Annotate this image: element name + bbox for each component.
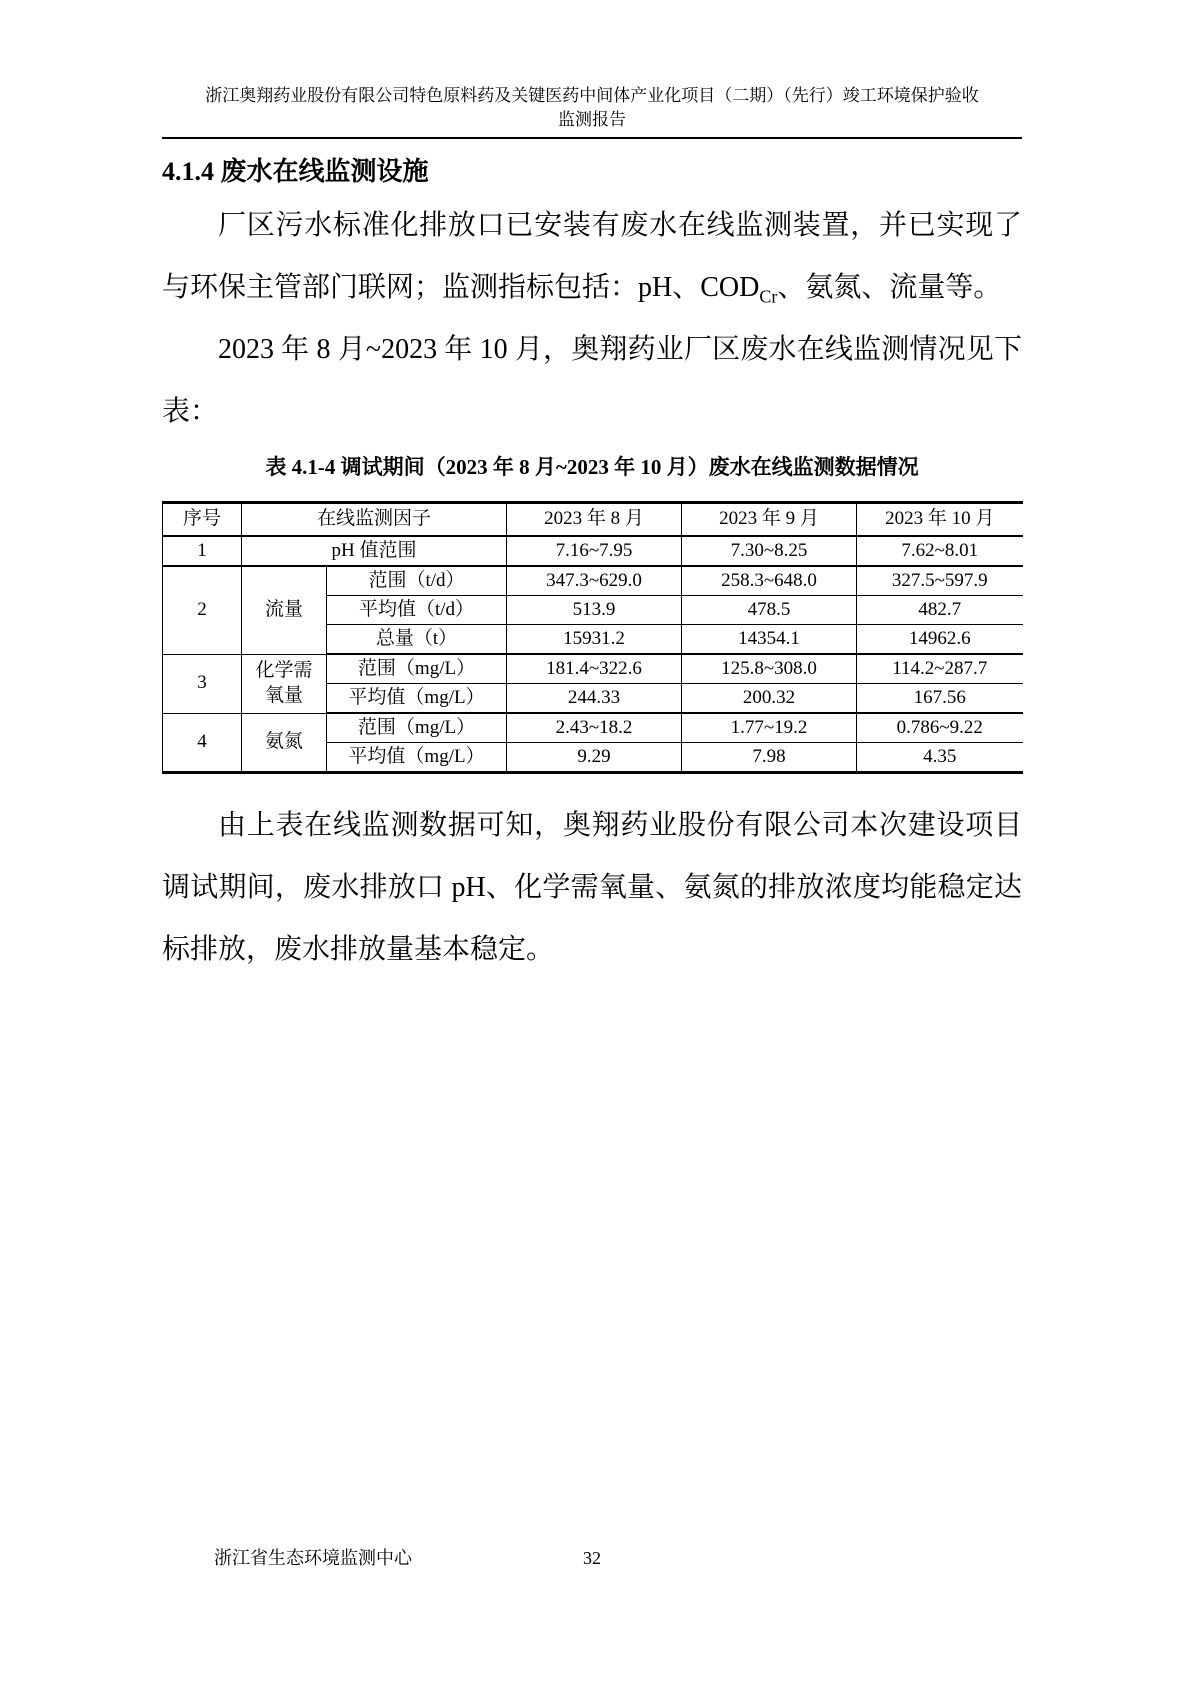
cell-value: 258.3~648.0 xyxy=(682,566,857,596)
cell-value: 125.8~308.0 xyxy=(682,654,857,684)
cell-value: 482.7 xyxy=(857,596,1023,625)
paragraph-period: 2023 年 8 月~2023 年 10 月，奥翔药业厂区废水在线监测情况见下表… xyxy=(162,319,1022,443)
cell-index: 3 xyxy=(163,654,242,713)
table-row-flow-range: 2 流量 范围（t/d） 347.3~629.0 258.3~648.0 327… xyxy=(163,566,1023,596)
cell-value: 327.5~597.9 xyxy=(857,566,1023,596)
cell-metric-label: 平均值（t/d） xyxy=(327,596,507,625)
document-page: 浙江奥翔药业股份有限公司特色原料药及关键医药中间体产业化项目（二期）（先行）竣工… xyxy=(0,0,1190,1683)
table-header-row: 序号 在线监测因子 2023 年 8 月 2023 年 9 月 2023 年 1… xyxy=(163,503,1023,537)
cell-value: 167.56 xyxy=(857,684,1023,714)
cell-metric-label: 总量（t） xyxy=(327,625,507,655)
paragraph-conclusion: 由上表在线监测数据可知，奥翔药业股份有限公司本次建设项目调试期间，废水排放口 p… xyxy=(162,795,1022,981)
cell-metric-label: 平均值（mg/L） xyxy=(327,684,507,714)
cell-index: 2 xyxy=(163,566,242,654)
cell-value: 114.2~287.7 xyxy=(857,654,1023,684)
cell-value: 7.16~7.95 xyxy=(507,536,682,566)
table-row-ph: 1 pH 值范围 7.16~7.95 7.30~8.25 7.62~8.01 xyxy=(163,536,1023,566)
cell-value: 14962.6 xyxy=(857,625,1023,655)
cell-value: 7.30~8.25 xyxy=(682,536,857,566)
footer-organization: 浙江省生态环境监测中心 xyxy=(214,1545,412,1571)
page-content: 浙江奥翔药业股份有限公司特色原料药及关键医药中间体产业化项目（二期）（先行）竣工… xyxy=(162,84,1022,981)
page-footer: 浙江省生态环境监测中心 32 xyxy=(162,1545,1022,1571)
cell-value: 478.5 xyxy=(682,596,857,625)
cell-category: 流量 xyxy=(242,566,327,654)
cell-value: 347.3~629.0 xyxy=(507,566,682,596)
table-caption: 表 4.1-4 调试期间（2023 年 8 月~2023 年 10 月）废水在线… xyxy=(162,452,1022,482)
cod-subscript: Cr xyxy=(759,287,777,307)
paragraph-intro-tail: 、氨氮、流量等。 xyxy=(777,272,1001,303)
cell-metric-label: 范围（t/d） xyxy=(327,566,507,596)
cell-value: 244.33 xyxy=(507,684,682,714)
col-header-sep: 2023 年 9 月 xyxy=(682,503,857,537)
running-header-line2: 监测报告 xyxy=(162,108,1022,132)
cell-value: 4.35 xyxy=(857,743,1023,773)
cell-value: 181.4~322.6 xyxy=(507,654,682,684)
running-header-line1: 浙江奥翔药业股份有限公司特色原料药及关键医药中间体产业化项目（二期）（先行）竣工… xyxy=(162,84,1022,108)
col-header-factor: 在线监测因子 xyxy=(242,503,507,537)
cell-metric-label: 范围（mg/L） xyxy=(327,713,507,743)
cell-metric-label: 范围（mg/L） xyxy=(327,654,507,684)
cell-metric-label: 平均值（mg/L） xyxy=(327,743,507,773)
cell-category: 化学需氧量 xyxy=(242,654,327,713)
table-row-nh3-range: 4 氨氮 范围（mg/L） 2.43~18.2 1.77~19.2 0.786~… xyxy=(163,713,1023,743)
cell-index: 4 xyxy=(163,713,242,773)
col-header-aug: 2023 年 8 月 xyxy=(507,503,682,537)
col-header-index: 序号 xyxy=(163,503,242,537)
cell-value: 2.43~18.2 xyxy=(507,713,682,743)
section-heading: 4.1.4 废水在线监测设施 xyxy=(162,156,1022,188)
cell-value: 7.62~8.01 xyxy=(857,536,1023,566)
cell-category: 氨氮 xyxy=(242,713,327,773)
cell-value: 15931.2 xyxy=(507,625,682,655)
table-row-cod-range: 3 化学需氧量 范围（mg/L） 181.4~322.6 125.8~308.0… xyxy=(163,654,1023,684)
cell-index: 1 xyxy=(163,536,242,566)
paragraph-intro: 厂区污水标准化排放口已安装有废水在线监测装置，并已实现了与环保主管部门联网；监测… xyxy=(162,195,1022,319)
cell-value: 513.9 xyxy=(507,596,682,625)
cell-value: 0.786~9.22 xyxy=(857,713,1023,743)
monitoring-data-table: 序号 在线监测因子 2023 年 8 月 2023 年 9 月 2023 年 1… xyxy=(162,501,1023,774)
cell-value: 7.98 xyxy=(682,743,857,773)
running-header: 浙江奥翔药业股份有限公司特色原料药及关键医药中间体产业化项目（二期）（先行）竣工… xyxy=(162,84,1022,139)
col-header-oct: 2023 年 10 月 xyxy=(857,503,1023,537)
cell-value: 14354.1 xyxy=(682,625,857,655)
cell-value: 200.32 xyxy=(682,684,857,714)
cell-factor-label: pH 值范围 xyxy=(242,536,507,566)
cell-value: 9.29 xyxy=(507,743,682,773)
cell-value: 1.77~19.2 xyxy=(682,713,857,743)
